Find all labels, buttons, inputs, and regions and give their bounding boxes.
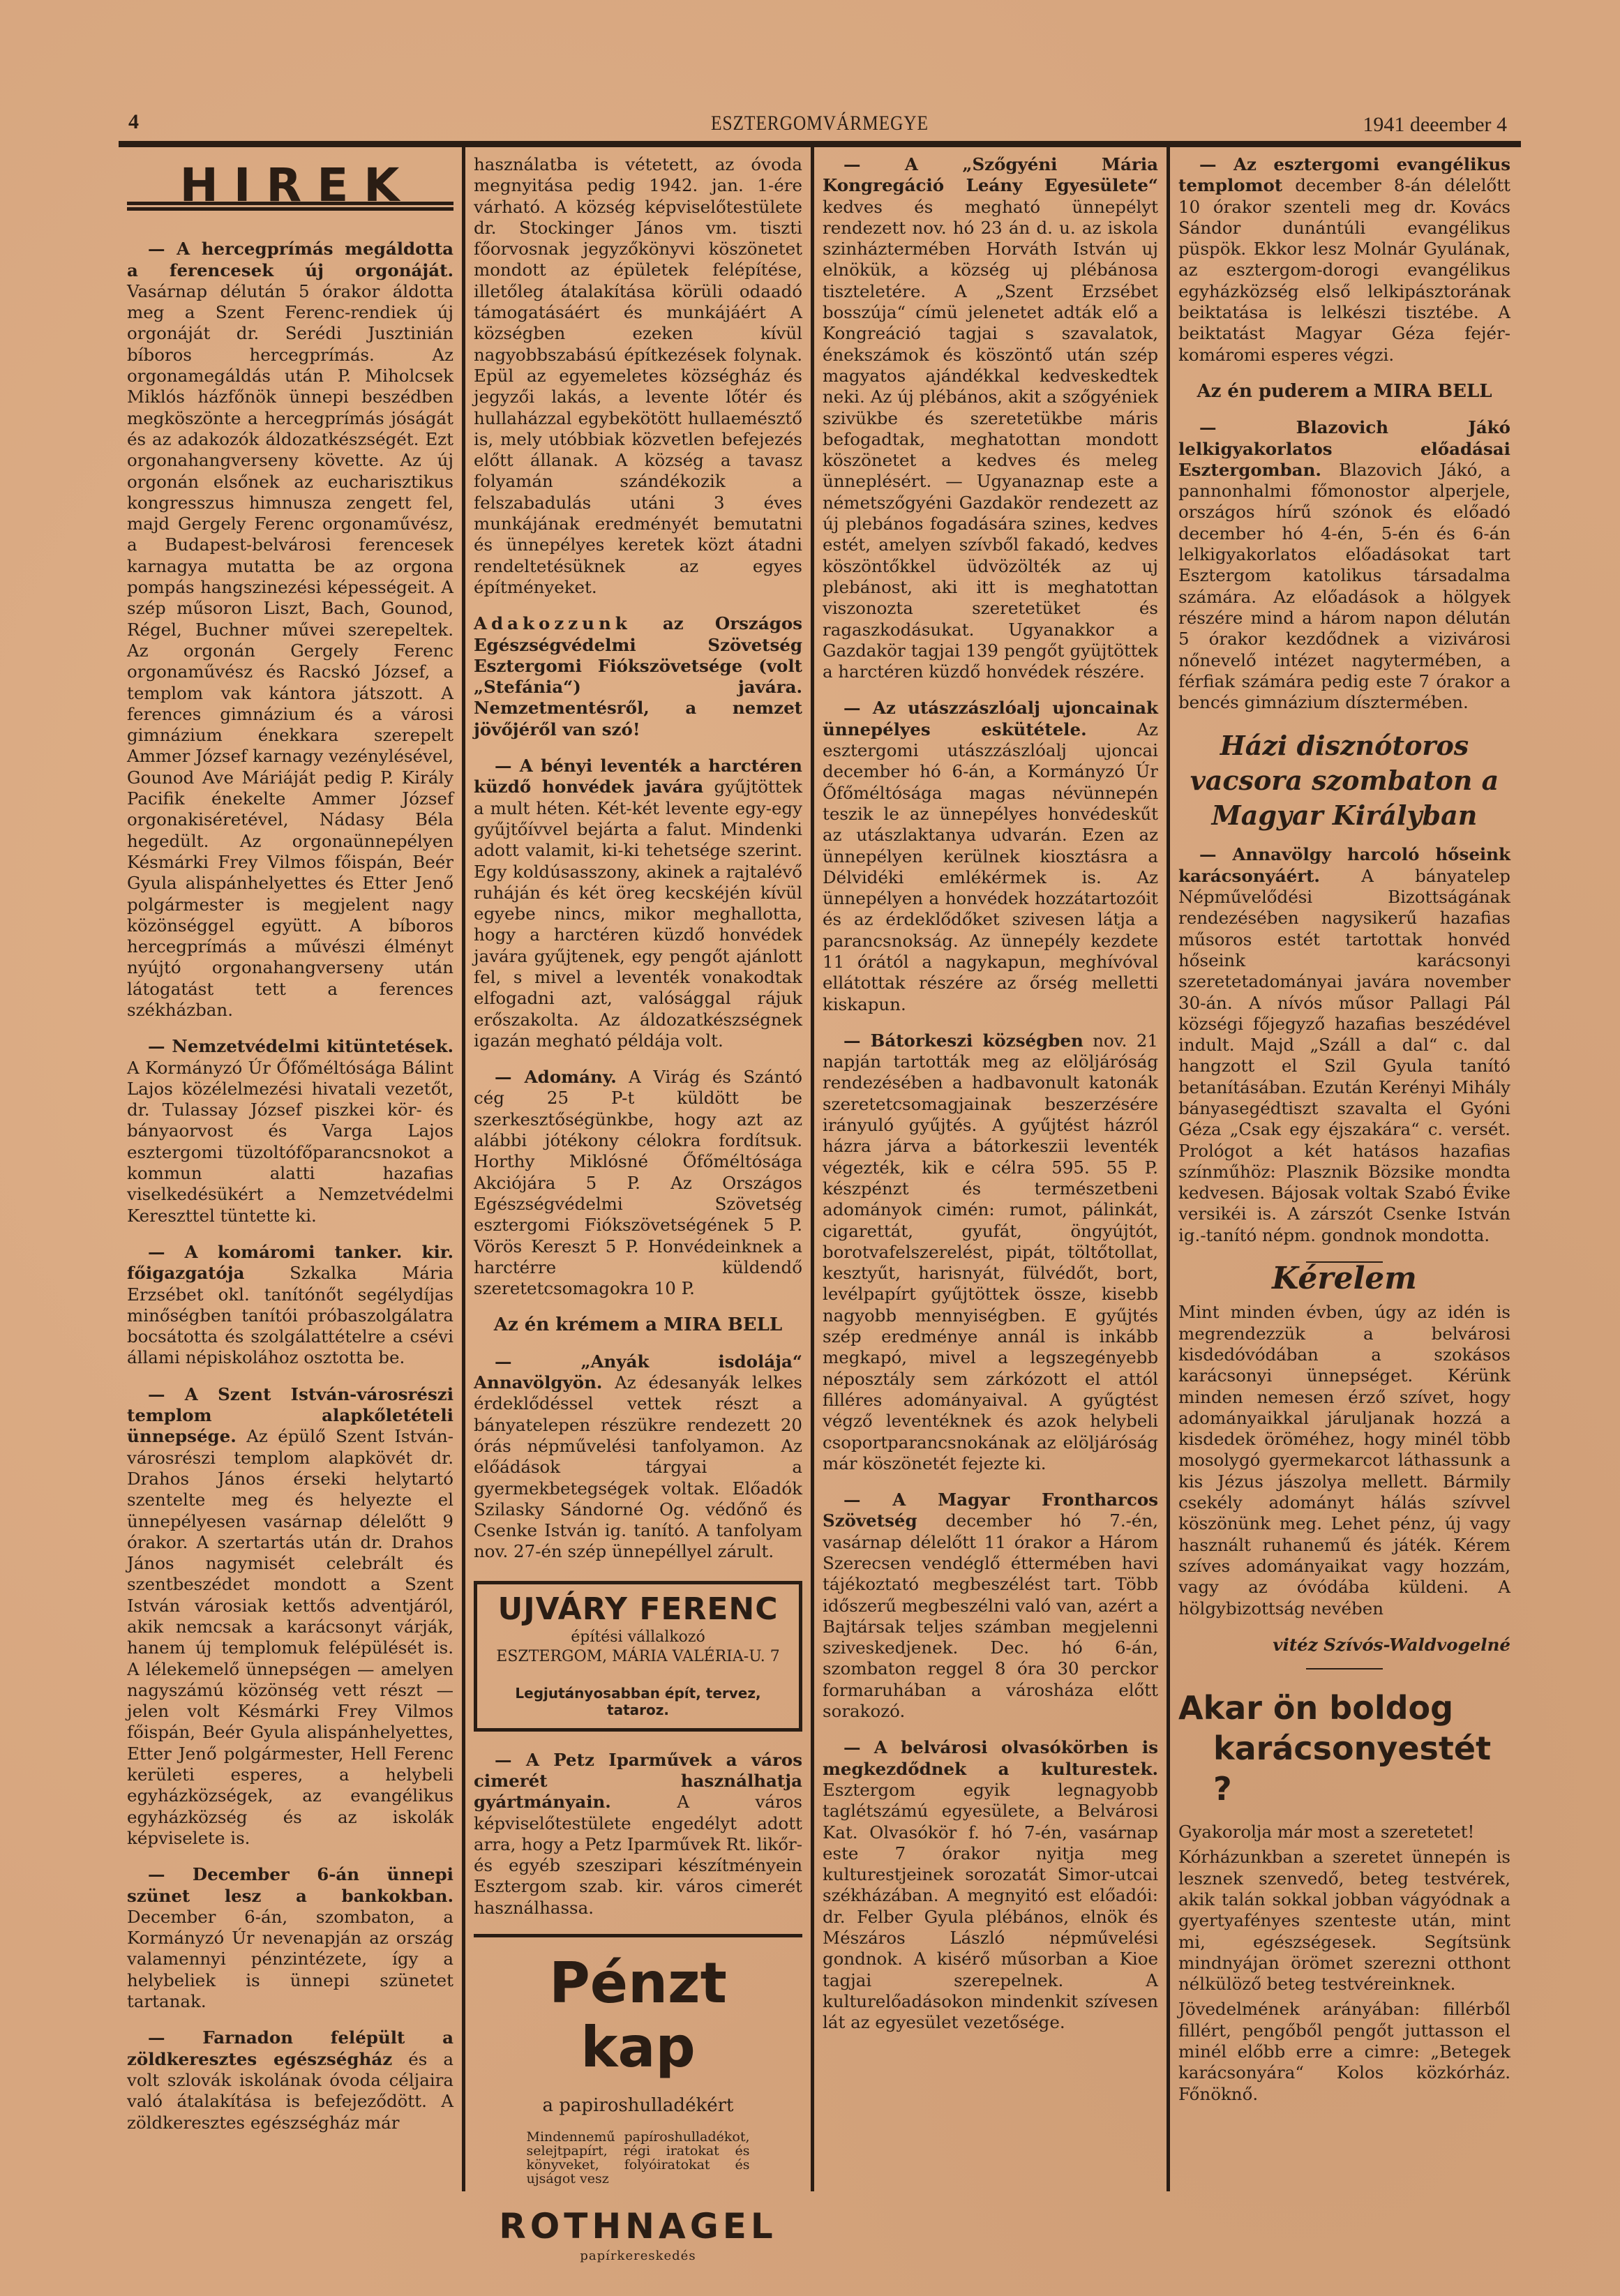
article: — Nemzetvédelmi kitüntetések. A Kormányz… (127, 1036, 453, 1226)
divider (1306, 1668, 1383, 1670)
appeal-title-line2: karácsonyestét ? (1178, 1728, 1510, 1809)
article-headline: — A „Szőgyéni Mária Kongregáció Leány Eg… (823, 154, 1158, 195)
issue-date: 1941 deeember 4 (1363, 113, 1507, 137)
appeal-title: Akar ön boldog karácsonyestét ? (1178, 1688, 1510, 1809)
rothnagel-advertisement: Pénzt kap a papiroshulladékért Mindennem… (474, 1951, 802, 2267)
article-body: Az édesanyák lelkes érdeklődéssel vettek… (474, 1372, 802, 1561)
article-body: december 8-án délelőtt 10 órakor szentel… (1178, 175, 1510, 364)
article: — December 6-án ünnepi szünet lesz a ban… (127, 1864, 453, 2012)
ad-body: Mindennemű papíroshulladékot, selejtpapí… (527, 2130, 750, 2186)
ad-company-name: UJVÁRY FERENC (484, 1591, 792, 1628)
ad-address: ESZTERGOM, MÁRIA VALÉRIA-U. 7 (484, 1647, 792, 1667)
ad-line: építési vállalkozó (484, 1628, 792, 1647)
article-body: Vasárnap délután 5 órakor áldotta meg a … (127, 281, 453, 1020)
appeal-paragraph: Kórházunkban a szeretet ünnepén is leszn… (1178, 1847, 1510, 1995)
article-body: gyűjtöttek a mult héten. Két-két levente… (474, 776, 802, 1051)
article-headline: — Bátorkeszi községben (823, 1030, 1083, 1051)
disznotor-ad: Házi disznótoros vacsora szombaton a Mag… (1178, 728, 1510, 833)
appeal-lead: Adakozzunk (474, 613, 631, 633)
article-body: A Kormányzó Úr Őfőméltósága Bálint Lajos… (127, 1058, 453, 1226)
ad-tagline: Legjutányosabban épít, tervez, tataroz. (484, 1685, 792, 1718)
article: — Adomány. A Virág és Szántó cég 25 P-t … (474, 1067, 802, 1299)
article-headline: — A hercegprímás megáldotta a ferencesek… (127, 239, 453, 280)
notice-body: Mint minden évben, úgy az idén is megren… (1178, 1302, 1510, 1619)
article: — Az utászzászlóalj ujoncainak ünnepélye… (823, 698, 1158, 1014)
column-1: HIREK — A hercegprímás megáldotta a fere… (119, 147, 465, 2191)
columns: HIREK — A hercegprímás megáldotta a fere… (119, 147, 1521, 2191)
ad-brand-sub: papírkereskedés (474, 2246, 802, 2267)
article-headline: — Farnadon felépült a zöldkeresztes egés… (127, 2027, 453, 2069)
article: — Bátorkeszi községben nov. 21 napján ta… (823, 1030, 1158, 1474)
article-body: nov. 21 napján tartották meg az elöljáró… (823, 1030, 1158, 1473)
article: — Annavölgy harcoló hőseink karácsonyáér… (1178, 844, 1510, 1246)
article: — Blazovich Jákó lelkigyakorlatos előadá… (1178, 417, 1510, 713)
article-headline: — December 6-án ünnepi szünet lesz a ban… (127, 1864, 453, 1905)
notice-signature: vitéz Szívós-Waldvogelné (1178, 1635, 1510, 1656)
newspaper-page: 4 ESZTERGOMVÁRMEGYE 1941 deeember 4 HIRE… (119, 105, 1521, 2198)
kerelem-notice: Kérelem Mint minden évben, úgy az idén i… (1178, 1268, 1510, 1656)
newspaper-title: ESZTERGOMVÁRMEGYE (224, 112, 1416, 135)
appeal-title-line1: Akar ön boldog (1178, 1688, 1510, 1728)
article: — A komáromi tanker. kir. főigazgatója S… (127, 1242, 453, 1369)
article-continuation: használatba is vétetett, az óvoda megnyi… (474, 154, 802, 598)
article-headline: — Adomány. (474, 1067, 617, 1087)
article: — A Petz Iparművek a város cimerét haszn… (474, 1750, 802, 1919)
ad-brand: ROTHNAGEL (474, 2207, 802, 2246)
donation-appeal: Adakozzunk az Országos Egészségvédelmi S… (474, 613, 802, 740)
article: — Az esztergomi evangélikus templomot de… (1178, 154, 1510, 366)
article-body: A bányatelep Népművelődési Bizottságának… (1178, 866, 1510, 1245)
article-body: Blazovich Jákó, a pannonhalmi főmonostor… (1178, 460, 1510, 712)
article-headline: — A belvárosi olvasókörben is megkezdődn… (823, 1737, 1158, 1778)
ad-subline: a papiroshulladékért (474, 2095, 802, 2116)
column-3: — A „Szőgyéni Mária Kongregáció Leány Eg… (814, 147, 1170, 2191)
appeal-paragraph: Jövedelmének arányában: fillérből fillér… (1178, 1999, 1510, 2104)
article-body: december hó 7.-én, vasárnap délelőtt 11 … (823, 1510, 1158, 1721)
masthead: 4 ESZTERGOMVÁRMEGYE 1941 deeember 4 (119, 105, 1521, 141)
ad-separator (474, 1934, 802, 1937)
article-body: Esztergom egyik legnagyobb taglétszámú e… (823, 1780, 1158, 2032)
article: — A Szent István-városrészi templom alap… (127, 1384, 453, 1849)
article-headline: — Az utászzászlóalj ujoncainak ünnepélye… (823, 698, 1158, 739)
notice-title: Kérelem (1178, 1268, 1510, 1289)
column-4: — Az esztergomi evangélikus templomot de… (1170, 147, 1519, 2191)
article: — A bényi leventék a harctéren küzdő hon… (474, 756, 802, 1051)
hospital-appeal: Akar ön boldog karácsonyestét ? Gyakorol… (1178, 1688, 1510, 2105)
ujvary-advertisement: UJVÁRY FERENC építési vállalkozó ESZTERG… (474, 1581, 802, 1732)
article-body: A Virág és Szántó cég 25 P-t küldött be … (474, 1067, 802, 1298)
masthead-rule (119, 141, 1521, 147)
page-number: 4 (128, 110, 139, 134)
article: — A Magyar Frontharcos Szövetség decembe… (823, 1490, 1158, 1722)
article: — A hercegprímás megáldotta a ferencesek… (127, 239, 453, 1021)
article-headline: — Nemzetvédelmi kitüntetések. (127, 1036, 453, 1056)
column-2: használatba is vétetett, az óvoda megnyi… (465, 147, 814, 2191)
article-body: Az épülő Szent István-városrészi templom… (127, 1426, 453, 1848)
article-body: Az esztergomi utászzászlóalj ujoncai dec… (823, 719, 1158, 1014)
article: — Farnadon felépült a zöldkeresztes egés… (127, 2027, 453, 2133)
section-title: HIREK (127, 175, 453, 196)
article: — A belvárosi olvasókörben is megkezdődn… (823, 1737, 1158, 2033)
article: — A „Szőgyéni Mária Kongregáció Leány Eg… (823, 154, 1158, 682)
mira-bell-ad: Az én krémem a MIRA BELL (474, 1314, 802, 1335)
article: — „Anyák isdolája“ Annavölgyön. Az édesa… (474, 1351, 802, 1563)
ad-headline: Pénzt kap (474, 1951, 802, 2080)
mira-bell-ad: Az én puderem a MIRA BELL (1178, 381, 1510, 402)
appeal-paragraph: Gyakorolja már most a szeretetet! (1178, 1822, 1510, 1843)
article-body: December 6-án, szombaton, a Kormányzó Úr… (127, 1907, 453, 2011)
article-body: kedves és megható ünnepélyt rendezett no… (823, 197, 1158, 682)
